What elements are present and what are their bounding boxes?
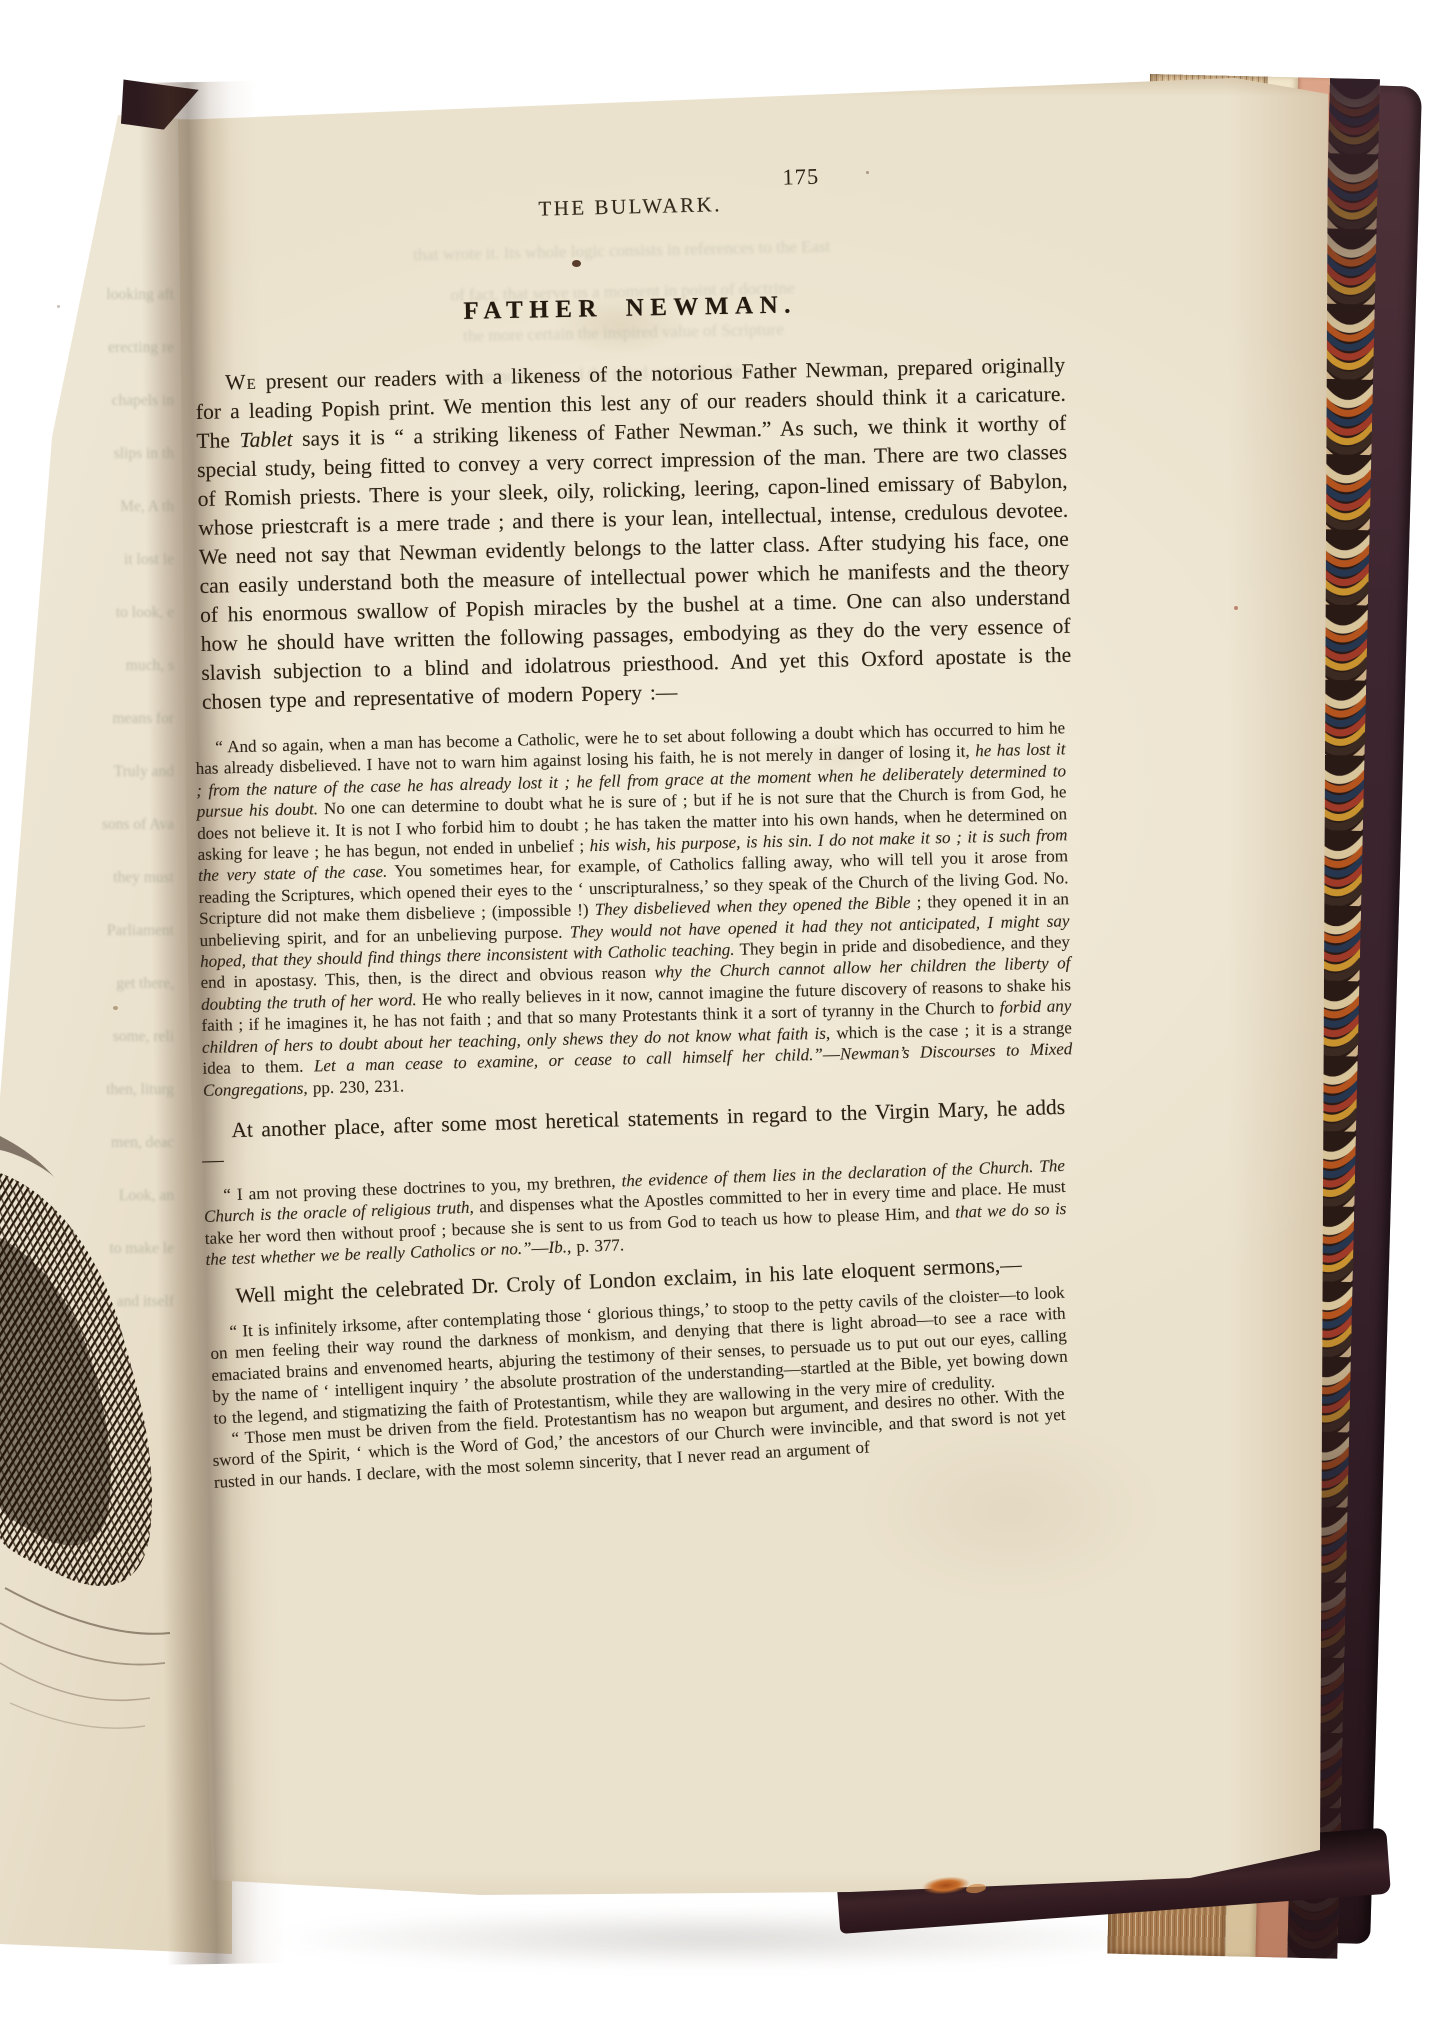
foxing-speck bbox=[866, 171, 869, 174]
foxing-speck bbox=[1234, 606, 1238, 610]
ornament-dot bbox=[572, 260, 581, 267]
book-photograph: looking aft erecting re chapels in slips… bbox=[0, 0, 1445, 2023]
page-number: 175 bbox=[782, 164, 819, 191]
foxing-speck bbox=[57, 305, 60, 308]
paragraph-intro: We present our readers with a likeness o… bbox=[195, 351, 1072, 717]
article-title: FATHER NEWMAN. bbox=[195, 286, 1065, 331]
block-quote-newman-discourses: “ And so again, when a man has become a … bbox=[195, 717, 1073, 1101]
page-text-column: THE BULWARK. 175 FATHER NEWMAN. We prese… bbox=[195, 205, 1065, 1493]
foxing-speck bbox=[113, 1006, 118, 1010]
engraving-fragment bbox=[0, 1118, 200, 1758]
